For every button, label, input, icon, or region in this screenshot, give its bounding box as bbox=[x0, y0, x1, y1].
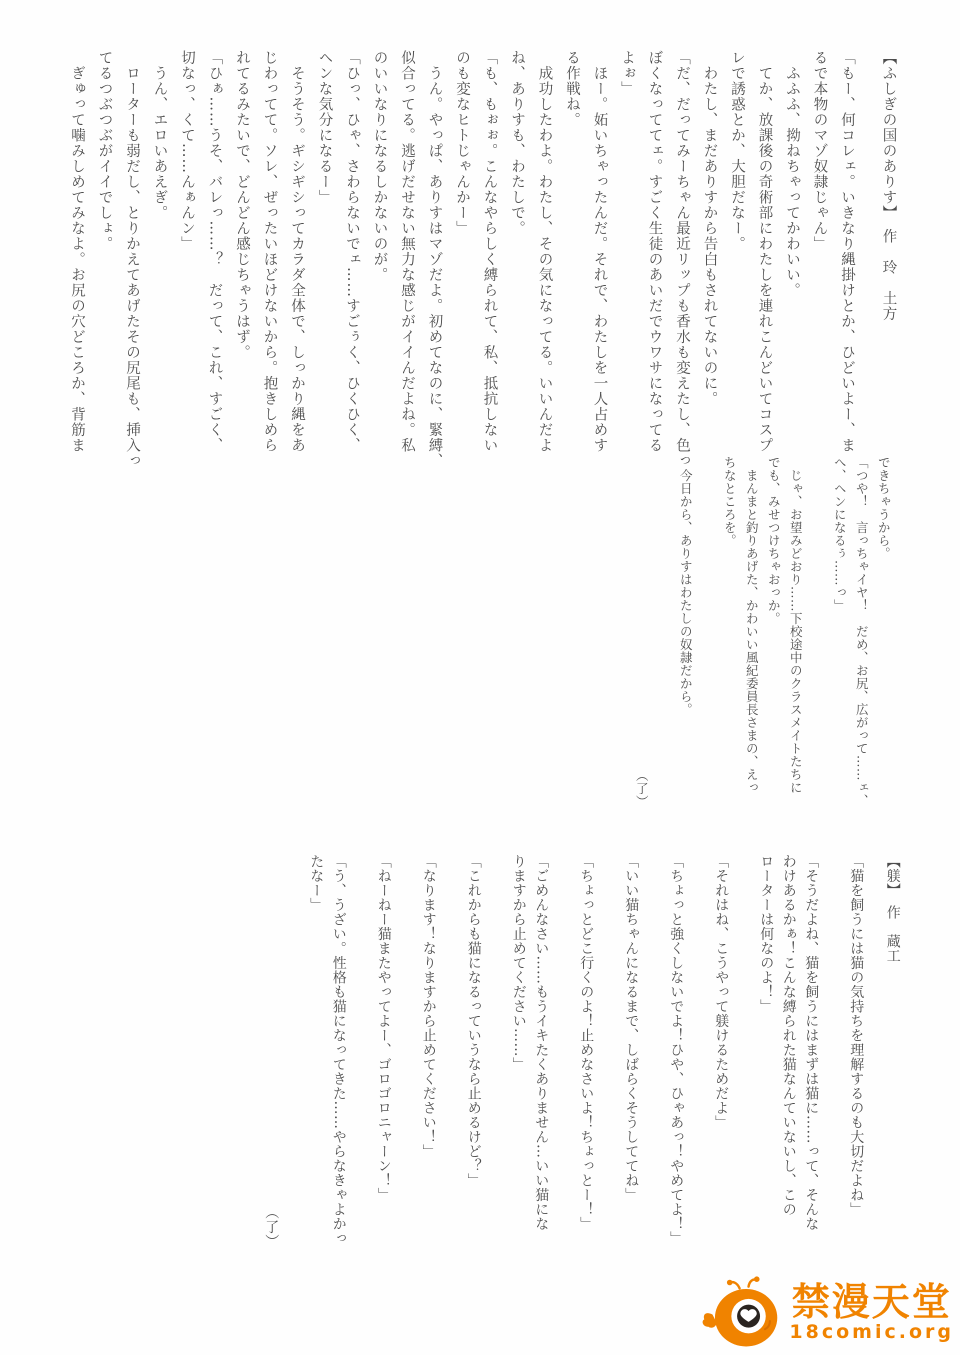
text-column: 「ひっ、ひゃ、さわらないでェ……すごぅく、ひくひく、 bbox=[338, 50, 366, 464]
text-column: じわってて。ソレ、ぜったいほどけないから。抱きしめら bbox=[256, 50, 284, 464]
text-column bbox=[823, 854, 846, 1248]
text-column: てか、放課後の奇術部にわたしを連れこんどいてコスプ bbox=[751, 50, 779, 464]
text-column-content: 「ちょっと強くしないでよ！ひや、ひゃあっ！やめてよ！」 bbox=[669, 854, 683, 1246]
text-column-content: できちゃうから。 bbox=[877, 456, 890, 560]
story1-title: 【ふしぎの国のありす】 作 玲 土方 bbox=[881, 50, 896, 322]
text-column: ぼくなっててェ。すごく生徒のあいだでウワサになってる bbox=[641, 50, 669, 464]
text-column: 「それはね、こうやって躾けるためだよ」 bbox=[710, 854, 733, 1248]
text-column-content: 「なります！なりますから止めてください！」 bbox=[422, 854, 436, 1159]
text-column: まんまと釣りあげた、かわいい風紀委員長さまの、えっ bbox=[740, 456, 762, 808]
text-column: でも、みせつけちゃおっか。 bbox=[762, 456, 784, 808]
text-column: 「だ、だってみーちゃん最近リップも香水も変えたし、色っ bbox=[668, 50, 696, 464]
text-column-content: じわってて。ソレ、ぜったいほどけないから。抱きしめら bbox=[262, 50, 277, 453]
text-column: 「つや！ 言っちゃイヤ！ だめ、お尻、広がって……ェ、 bbox=[850, 456, 872, 808]
text-column-content: （了） bbox=[635, 769, 648, 808]
text-column-content: 「これからも猫になるっていうなら止めるけど？」 bbox=[467, 854, 481, 1188]
text-column: 成功したわよ。わたし、その気になってる。いいんだよ bbox=[531, 50, 559, 464]
text-column: ヘンな気分になるー」 bbox=[311, 50, 339, 464]
text-column-content: わたし、まだありすから告白もされてないのに。 bbox=[702, 50, 717, 407]
text-column-content: れてるみたいで、どんどん感じちゃうはず。 bbox=[235, 50, 250, 360]
text-column-content: のいいなりになるしかないのが。 bbox=[372, 50, 387, 283]
text-column bbox=[696, 456, 718, 808]
text-column-content: （了） bbox=[264, 1205, 278, 1249]
text-column bbox=[440, 854, 463, 1248]
text-column: りますから止めてください……」 bbox=[508, 854, 531, 1248]
site-watermark-text: 禁漫天堂 18comic.org bbox=[789, 1283, 954, 1342]
text-column: 「ひぁ……うそ、バレっ……？ だって、これ、すごく、 bbox=[201, 50, 229, 464]
text-column: じゃ、お望みどおり……下校途中のクラスメイトたちに bbox=[784, 456, 806, 808]
text-column bbox=[350, 854, 373, 1248]
site-url: 18comic.org bbox=[789, 1323, 954, 1342]
text-column: 「なります！なりますから止めてください！」 bbox=[418, 854, 441, 1248]
text-column: 「ごめんなさい……もうイキたくありません…いい猫にな bbox=[530, 854, 553, 1248]
text-column bbox=[806, 456, 828, 808]
text-column bbox=[485, 854, 508, 1248]
text-column-content: よぉ」 bbox=[620, 50, 635, 97]
text-column-content: のも変なヒトじゃんかー」 bbox=[455, 50, 470, 236]
text-column: ローターは何なのよ！」 bbox=[755, 854, 778, 1248]
text-column-content: 「う、うざい。性格も猫になってきた……やらなきゃよかっ bbox=[332, 854, 346, 1246]
text-column-content: 「ひっ、ひゃ、さわらないでェ……すごぅく、ひくひく、 bbox=[345, 50, 360, 453]
text-column bbox=[643, 854, 666, 1248]
text-column-content: てか、放課後の奇術部にわたしを連れこんどいてコスプ bbox=[757, 50, 772, 453]
text-column-content: 「も、もぉぉ。こんなやらしく縛られて、私、抵抗しない bbox=[482, 50, 497, 453]
text-column: 「いい猫ちゃんになるまで、しばらくそうしててね」 bbox=[620, 854, 643, 1248]
text-column: できちゃうから。 bbox=[872, 456, 894, 808]
text-column: るで本物のマゾ奴隷じゃん」 bbox=[806, 50, 834, 464]
text-column: 今日から、ありすはわたしの奴隷だから。 bbox=[674, 456, 696, 808]
text-column: （了） bbox=[630, 456, 652, 808]
text-column bbox=[598, 854, 621, 1248]
text-column-content: ローターも弱だし、とりかえてあげたその尻尾も、挿入っ bbox=[125, 50, 140, 469]
text-column: （了） bbox=[260, 854, 283, 1248]
text-column-content: たなー」 bbox=[309, 854, 323, 912]
text-column-content: 「ねーねー猫またやってよー、ゴロゴロニャーン！」 bbox=[377, 854, 391, 1202]
text-column-content: 「もー、何コレェ。いきなり縄掛けとか、ひどいよー、ま bbox=[840, 50, 855, 453]
text-column: 「そうだよね、猫を飼うにはまずは猫に……って、そんな bbox=[800, 854, 823, 1248]
text-column-content: へ、ヘンになるぅ……っ」 bbox=[833, 456, 846, 612]
text-column: る作戦ね。 bbox=[558, 50, 586, 464]
text-column-content: 「だ、だってみーちゃん最近リップも香水も変えたし、色っ bbox=[675, 50, 690, 469]
text-column: のも変なヒトじゃんかー」 bbox=[448, 50, 476, 464]
text-column-content: 成功したわよ。わたし、その気になってる。いいんだよ bbox=[537, 50, 552, 453]
text-column: 「猫を飼うには猫の気持ちを理解するのも大切だよね」 bbox=[845, 854, 868, 1248]
text-column: うん。やっぱ、ありすはマゾだよ。初めてなのに、緊縛、 bbox=[421, 50, 449, 464]
text-column-content: 「ごめんなさい……もうイキたくありません…いい猫にな bbox=[534, 854, 548, 1231]
text-column: 切なっ、くて……んぁんン」 bbox=[173, 50, 201, 464]
text-column bbox=[553, 854, 576, 1248]
text-column: ふふふ、拗ねちゃってかわいい。 bbox=[778, 50, 806, 464]
story2-title-column: 【躾】 作 蔵工 bbox=[882, 854, 905, 1248]
text-column-content: 「猫を飼うには猫の気持ちを理解するのも大切だよね」 bbox=[849, 854, 863, 1217]
text-column-content: まんまと釣りあげた、かわいい風紀委員長さまの、えっ bbox=[745, 456, 758, 794]
text-column: 「う、うざい。性格も猫になってきた……やらなきゃよかっ bbox=[328, 854, 351, 1248]
text-column-content: ぼくなっててェ。すごく生徒のあいだでウワサになってる bbox=[647, 50, 662, 453]
text-column-content: そうそう。ギシギシってカラダ全体で、しっかり縄をあ bbox=[290, 50, 305, 453]
text-column: ぎゅって噛みしめてみなよ。お尻の穴どころか、背筋ま bbox=[63, 50, 91, 464]
text-column: たなー」 bbox=[305, 854, 328, 1248]
text-column-content: ローターは何なのよ！」 bbox=[759, 854, 773, 1014]
text-column-content: 「それはね、こうやって躾けるためだよ」 bbox=[714, 854, 728, 1130]
text-column: へ、ヘンになるぅ……っ」 bbox=[828, 456, 850, 808]
site-name: 禁漫天堂 bbox=[792, 1283, 952, 1321]
text-column: 似合ってる。逃げだせない無力な感じがイイんだよね。私 bbox=[393, 50, 421, 464]
text-column-content: 「いい猫ちゃんになるまで、しばらくそうしててね」 bbox=[624, 854, 638, 1202]
text-column bbox=[395, 854, 418, 1248]
text-column: 「ちょっとどこ行くのよ！止めなさいよ！ちょっとー！」 bbox=[575, 854, 598, 1248]
story2-text-block: 【躾】 作 蔵工 「猫を飼うには猫の気持ちを理解するのも大切だよね」 「そうだよ… bbox=[260, 854, 904, 1248]
text-column-content: ふふふ、拗ねちゃってかわいい。 bbox=[785, 50, 800, 298]
site-watermark: 禁漫天堂 18comic.org bbox=[701, 1272, 954, 1352]
text-column-content: ね、ありすも、わたしで。 bbox=[510, 50, 525, 236]
text-column: のいいなりになるしかないのが。 bbox=[366, 50, 394, 464]
text-column-content: ちなところを。 bbox=[723, 456, 736, 547]
text-column: てるつぶつぶがイイでしょ。 bbox=[91, 50, 119, 464]
text-column: ちなところを。 bbox=[718, 456, 740, 808]
text-column: わたし、まだありすから告白もされてないのに。 bbox=[696, 50, 724, 464]
text-column-content: るで本物のマゾ奴隷じゃん」 bbox=[812, 50, 827, 252]
story2-title: 【躾】 作 蔵工 bbox=[886, 854, 900, 963]
text-column-content: ぎゅって噛みしめてみなよ。お尻の穴どころか、背筋ま bbox=[70, 50, 85, 453]
text-column: 「ねーねー猫またやってよー、ゴロゴロニャーン！」 bbox=[373, 854, 396, 1248]
text-column bbox=[688, 854, 711, 1248]
text-column-content: 「つや！ 言っちゃイヤ！ だめ、お尻、広がって……ェ、 bbox=[855, 456, 868, 807]
text-column-content: うん。やっぱ、ありすはマゾだよ。初めてなのに、緊縛、 bbox=[427, 50, 442, 469]
text-column: レで誘惑とか、大胆だなー。 bbox=[723, 50, 751, 464]
text-column: ほー。妬いちゃったんだ。それで、わたしを一人占めす bbox=[586, 50, 614, 464]
text-column: 「これからも猫になるっていうなら止めるけど？」 bbox=[463, 854, 486, 1248]
text-column: 「ちょっと強くしないでよ！ひや、ひゃあっ！やめてよ！」 bbox=[665, 854, 688, 1248]
text-column: 「も、もぉぉ。こんなやらしく縛られて、私、抵抗しない bbox=[476, 50, 504, 464]
story1-text-block-lower: できちゃうから。 「つや！ 言っちゃイヤ！ だめ、お尻、広がって……ェ、 へ、ヘ… bbox=[630, 456, 894, 808]
text-column-content: ほー。妬いちゃったんだ。それで、わたしを一人占めす bbox=[592, 50, 607, 453]
text-column-content: 「そうだよね、猫を飼うにはまずは猫に……って、そんな bbox=[804, 854, 818, 1231]
text-column: ね、ありすも、わたしで。 bbox=[503, 50, 531, 464]
text-column: よぉ」 bbox=[613, 50, 641, 464]
text-column: そうそう。ギシギシってカラダ全体で、しっかり縄をあ bbox=[283, 50, 311, 464]
text-column: 「もー、何コレェ。いきなり縄掛けとか、ひどいよー、ま bbox=[833, 50, 861, 464]
orange-whale-heart-mascot-icon bbox=[701, 1273, 783, 1351]
text-column bbox=[733, 854, 756, 1248]
scanned-page: 【ふしぎの国のありす】 作 玲 土方 「もー、何コレェ。いきなり縄掛けとか、ひど… bbox=[0, 0, 960, 1355]
text-column bbox=[652, 456, 674, 808]
text-column: うん、エロいあえぎ。 bbox=[146, 50, 174, 464]
text-column-content: うん、エロいあえぎ。 bbox=[152, 50, 167, 221]
text-column-content: る作戦ね。 bbox=[565, 50, 580, 128]
text-column: ローターも弱だし、とりかえてあげたその尻尾も、挿入っ bbox=[118, 50, 146, 464]
text-column-content: わけあるかぁ！こんな縛られた猫なんていないし、この bbox=[782, 854, 796, 1217]
text-column: れてるみたいで、どんどん感じちゃうはず。 bbox=[228, 50, 256, 464]
text-column-content: じゃ、お望みどおり……下校途中のクラスメイトたちに bbox=[789, 456, 802, 794]
text-column: わけあるかぁ！こんな縛られた猫なんていないし、この bbox=[778, 854, 801, 1248]
story1-title-column: 【ふしぎの国のありす】 作 玲 土方 bbox=[875, 50, 903, 464]
text-column-content: レで誘惑とか、大胆だなー。 bbox=[730, 50, 745, 252]
text-column-content: りますから止めてください……」 bbox=[512, 854, 526, 1072]
text-column-content: 似合ってる。逃げだせない無力な感じがイイんだよね。私 bbox=[400, 50, 415, 453]
text-column-content: ヘンな気分になるー」 bbox=[317, 50, 332, 205]
text-column-content: 「ひぁ……うそ、バレっ……？ だって、これ、すごく、 bbox=[207, 50, 222, 453]
text-column-content: 「ちょっとどこ行くのよ！止めなさいよ！ちょっとー！」 bbox=[579, 854, 593, 1231]
text-column bbox=[283, 854, 306, 1248]
story1-text-block-upper: 【ふしぎの国のありす】 作 玲 土方 「もー、何コレェ。いきなり縄掛けとか、ひど… bbox=[63, 50, 902, 464]
text-column-content: でも、みせつけちゃおっか。 bbox=[767, 456, 780, 625]
text-column-content: 今日から、ありすはわたしの奴隷だから。 bbox=[679, 456, 692, 716]
text-column-content: てるつぶつぶがイイでしょ。 bbox=[97, 50, 112, 252]
text-column-content: 切なっ、くて……んぁんン」 bbox=[180, 50, 195, 252]
